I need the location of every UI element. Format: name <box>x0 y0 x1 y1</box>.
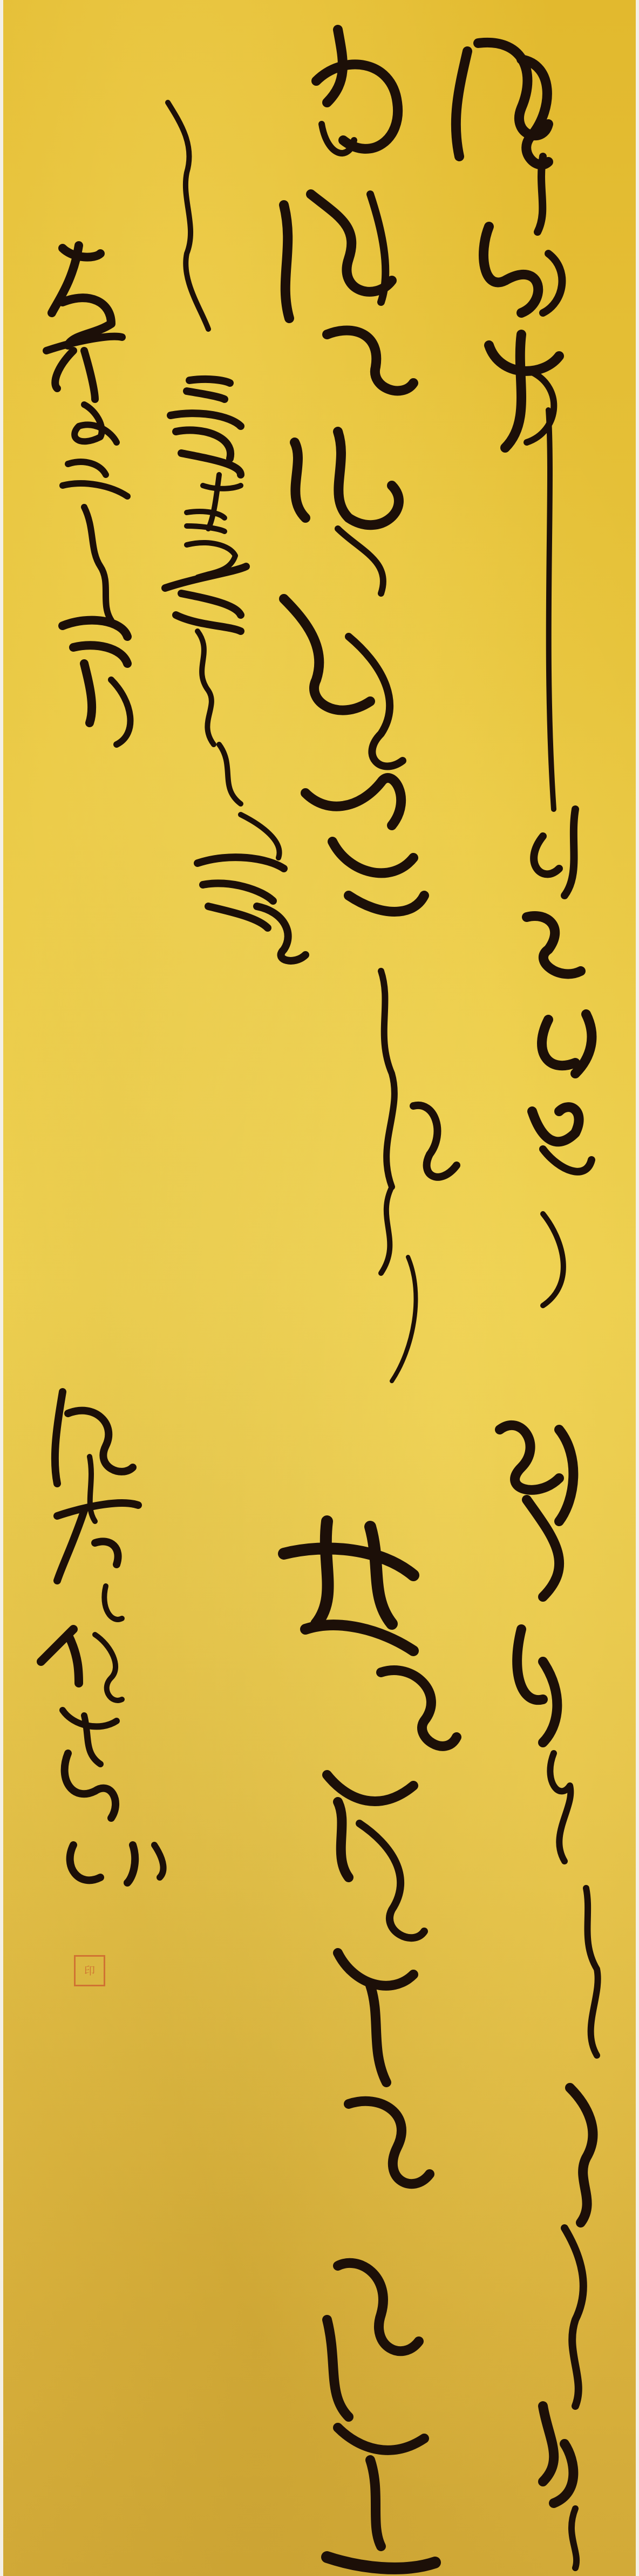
ink-brushwork <box>3 0 636 2576</box>
column-6-strokes <box>41 1392 164 1883</box>
calligraphy-scroll: 印 婚舞柳外雲山路路 向嫩風塵是回首懸縷猴子 之 三韻十二字書之書面 庚午年冬日… <box>3 0 636 2576</box>
column-2-strokes <box>284 30 457 2568</box>
artist-seal: 印 <box>74 1955 105 1986</box>
column-1-strokes <box>456 43 598 2568</box>
column-5-strokes <box>46 245 130 744</box>
column-3-strokes <box>168 103 208 329</box>
column-4-strokes <box>165 379 305 961</box>
seal-text: 印 <box>84 1964 95 1977</box>
